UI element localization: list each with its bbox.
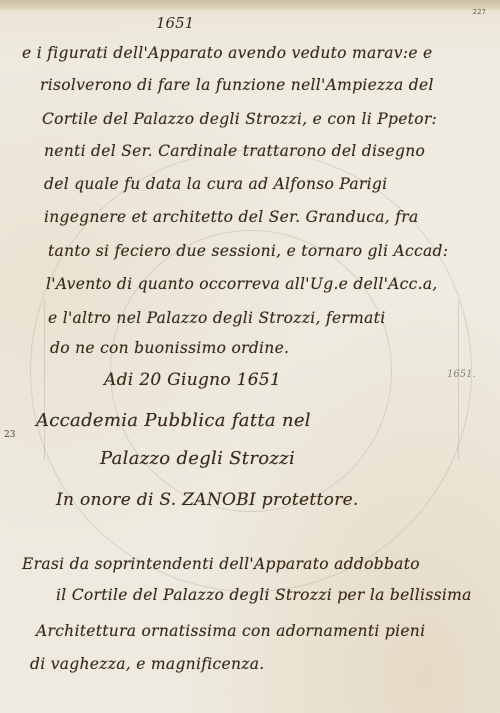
date-heading: Adi 20 Giugno 1651 — [104, 370, 281, 390]
section-title: Accademia Pubblica fatta nel — [36, 410, 311, 431]
margin-number: 23 — [4, 430, 15, 440]
text-line: Architettura ornatissima con adornamenti… — [36, 622, 425, 640]
section-subtitle: In onore di S. ZANOBI protettore. — [56, 490, 359, 510]
margin-year-annotation: 1651. — [447, 369, 476, 380]
text-line: do ne con buonissimo ordine. — [50, 339, 289, 357]
text-line: di vaghezza, e magnificenza. — [30, 655, 264, 673]
year-heading: 1651 — [156, 14, 194, 32]
section-title: Palazzo degli Strozzi — [100, 448, 295, 469]
text-line: e l'altro nel Palazzo degli Strozzi, fer… — [48, 309, 385, 327]
page-top-edge — [0, 0, 500, 10]
folio-number: 227 — [473, 8, 486, 16]
text-line: nenti del Ser. Cardinale trattarono del … — [44, 142, 425, 160]
text-line: e i figurati dell'Apparato avendo veduto… — [22, 44, 433, 62]
text-line: Cortile del Palazzo degli Strozzi, e con… — [42, 110, 437, 128]
manuscript-page: 227 1651 1651. 23 e i figurati dell'Appa… — [0, 0, 500, 713]
text-line: tanto si feciero due sessioni, e tornaro… — [48, 242, 448, 260]
text-line: del quale fu data la cura ad Alfonso Par… — [44, 175, 387, 193]
ruled-margin-line — [458, 300, 459, 460]
text-line: il Cortile del Palazzo degli Strozzi per… — [56, 586, 472, 604]
text-line: risolverono di fare la funzione nell'Amp… — [40, 76, 434, 94]
text-line: l'Avento di quanto occorreva all'Ug.e de… — [46, 275, 438, 293]
ruled-margin-line — [44, 300, 45, 460]
text-line: Erasi da soprintendenti dell'Apparato ad… — [22, 555, 420, 573]
text-line: ingegnere et architetto del Ser. Granduc… — [44, 208, 419, 226]
